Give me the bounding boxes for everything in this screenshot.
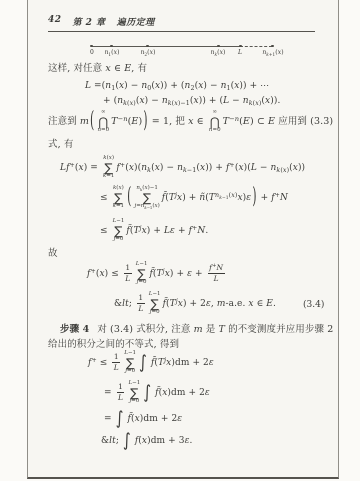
page-number: 42 (48, 15, 62, 28)
equation-number: (3.4) (303, 300, 324, 310)
number-line-dot (90, 45, 93, 48)
step4-label: 步骤 4 (60, 324, 89, 335)
step4-text: 对 (3.4) 式积分, 注意 m 是 T 的不变测度并应用步骤 2 (97, 324, 333, 335)
number-line-dot (239, 45, 242, 48)
number-line-label: L (238, 50, 242, 57)
equation-34-line1: f+(x) ≤ 1LL−1∑j=0f̃(Tjx) + ε + f+NL (87, 262, 227, 285)
paragraph-note-measure: 注意到 m(∞⋂n=0T−n(E)) = 1, 把 x ∈ ∞⋂n=0T−n(E… (48, 110, 333, 133)
paragraph-therefore: 故 (48, 249, 58, 259)
paragraph-step4: 步骤 4对 (3.4) 式积分, 注意 m 是 T 的不变测度并应用步骤 2 (60, 325, 333, 335)
equation-Lf-line1: Lf+(x) = k(x)∑k=1f+(x)(nk(x) − nk−1(x)) … (60, 156, 305, 179)
equation-Lf-line2: ≤ k(x)∑k=1(nk(x)−1∑j=nk−1(x)f̃(Tjx) + ñ(… (100, 186, 288, 209)
chapter-title: 遍历定理 (117, 15, 155, 28)
equation-34-line2: &lt; 1LL−1∑j=0f̃(Tjx) + 2ε, m-a.e. x ∈ E… (114, 292, 276, 315)
paragraph-step4-cont: 给出的积分之间的不等式, 得到 (48, 340, 179, 350)
number-line-label: n1(x) (104, 50, 119, 57)
number-line-label: nk(x) (211, 50, 226, 57)
header-rule (48, 31, 315, 32)
equation-final-line1: f+ ≤ 1LL−1∑j=0∫ f̃(Tjx)dm + 2ε (88, 351, 214, 374)
number-line-dot (271, 45, 274, 48)
number-line-dot (217, 45, 220, 48)
equation-final-line4: &lt; ∫ f(x)dm + 3ε. (101, 432, 192, 449)
number-line-dot (110, 45, 113, 48)
number-line-label: nk+1(x) (262, 50, 283, 57)
paragraph-note-measure-cont: 式, 有 (48, 140, 73, 150)
chapter-label: 第 2 章 (73, 15, 106, 28)
number-line-label: n2(x) (140, 50, 155, 57)
number-line-dashed-segment (240, 46, 272, 47)
book-page: 42 第 2 章 遍历定理 0 n1(x) n2(x) nk(x) L nk+1… (0, 0, 360, 481)
equation-final-line2: = 1LL−1∑j=0∫ f̃(x)dm + 2ε (104, 381, 210, 404)
equation-L-decomposition-line1: L =(n1(x) − n0(x)) + (n2(x) − n1(x)) + ⋯ (85, 82, 269, 92)
running-header: 42 第 2 章 遍历定理 (48, 15, 155, 28)
paragraph-intro: 这样, 对任意 x ∈ E, 有 (48, 64, 147, 74)
number-line-diagram: 0 n1(x) n2(x) nk(x) L nk+1(x) (0, 40, 360, 64)
equation-L-decomposition-line2: + (nk(x)(x) − nk(x)−1(x)) + (L − nk(x)(x… (103, 97, 280, 107)
equation-final-line3: = ∫ f̃(x)dm + 2ε (104, 410, 182, 427)
equation-Lf-line3: ≤ L−1∑j=0f̃(Tjx) + Lε + f+N. (100, 219, 208, 242)
number-line-label: 0 (90, 50, 94, 57)
number-line-dot (146, 45, 149, 48)
